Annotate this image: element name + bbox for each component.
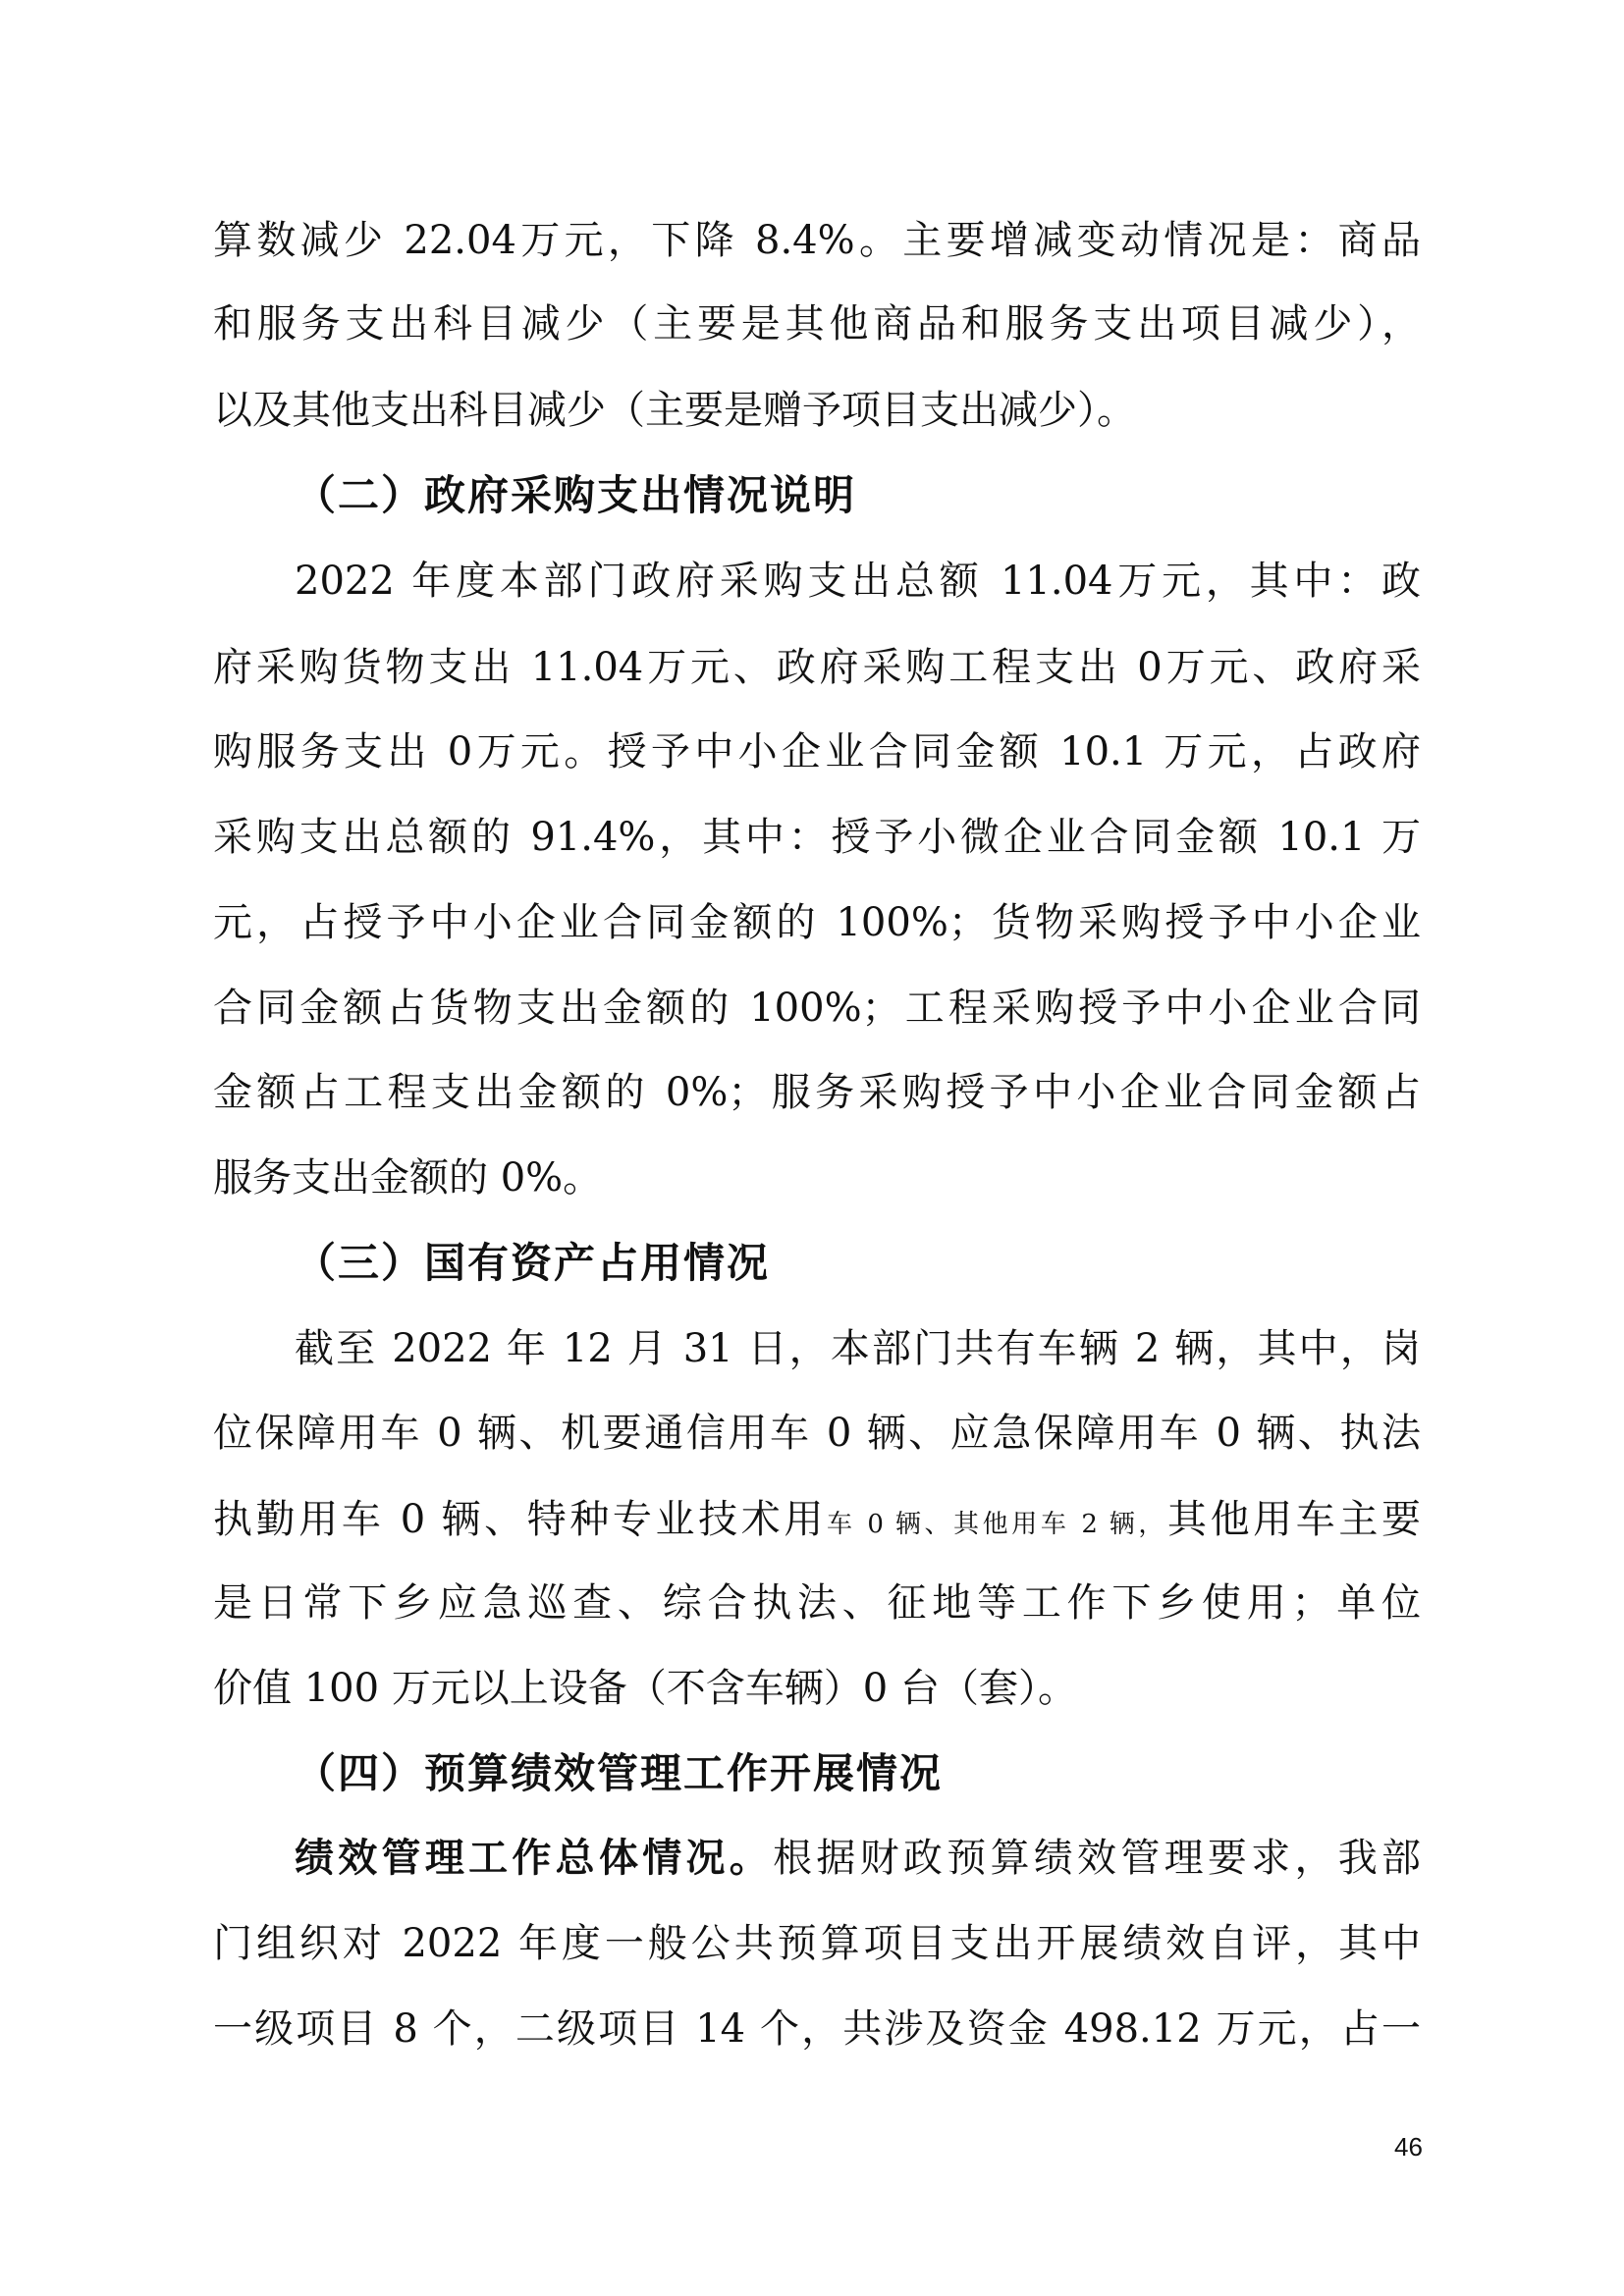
paragraph-line-mixed-size: 执勤用车 0 辆、特种专业技术用车 0 辆、其他用车 2 辆，其他用车主要	[213, 1490, 1421, 1549]
paragraph-line: 是日常下乡应急巡查、综合执法、征地等工作下乡使用；单位	[213, 1574, 1421, 1632]
paragraph-line: 府采购货物支出 11.04万元、政府采购工程支出 0万元、政府采	[213, 638, 1421, 697]
paragraph-line: 算数减少 22.04万元，下降 8.4%。主要增减变动情况是：商品	[213, 211, 1421, 270]
paragraph-line: 采购支出总额的 91.4%，其中：授予小微企业合同金额 10.1 万	[213, 808, 1421, 867]
page-number: 46	[1394, 2132, 1423, 2163]
paragraph-line: 一级项目 8 个，二级项目 14 个，共涉及资金 498.12 万元，占一	[213, 2000, 1421, 2058]
paragraph-line: 价值 100 万元以上设备（不含车辆）0 台（套）。	[213, 1659, 1421, 1718]
document-page: 算数减少 22.04万元，下降 8.4%。主要增减变动情况是：商品 和服务支出科…	[0, 0, 1624, 2296]
paragraph-line: 和服务支出科目减少（主要是其他商品和服务支出项目减少），	[213, 294, 1421, 353]
paragraph-line: 2022 年度本部门政府采购支出总额 11.04万元，其中：政	[295, 552, 1421, 611]
bold-lead-text: 绩效管理工作总体情况。	[295, 1836, 773, 1881]
paragraph-line: 服务支出金额的 0%。	[213, 1148, 1421, 1207]
line-text: 根据财政预算绩效管理要求，我部	[773, 1836, 1421, 1881]
section-heading-state-assets: （三）国有资产占用情况	[295, 1234, 770, 1293]
paragraph-line: 位保障用车 0 辆、机要通信用车 0 辆、应急保障用车 0 辆、执法	[213, 1404, 1421, 1463]
paragraph-line: 截至 2022 年 12 月 31 日，本部门共有车辆 2 辆，其中，岗	[295, 1319, 1421, 1378]
line-text-normal: 执勤用车 0 辆、特种专业技术用	[213, 1497, 827, 1542]
section-heading-performance: （四）预算绩效管理工作开展情况	[295, 1744, 943, 1803]
paragraph-line: 金额占工程支出金额的 0%；服务采购授予中小企业合同金额占	[213, 1063, 1421, 1122]
paragraph-line: 合同金额占货物支出金额的 100%；工程采购授予中小企业合同	[213, 979, 1421, 1038]
line-text-normal: 其他用车主要	[1167, 1497, 1421, 1542]
paragraph-line: 以及其他支出科目减少（主要是赠予项目支出减少）。	[213, 381, 1421, 440]
paragraph-line: 门组织对 2022 年度一般公共预算项目支出开展绩效自评，其中	[213, 1914, 1421, 1973]
paragraph-line: 购服务支出 0万元。授予中小企业合同金额 10.1 万元，占政府	[213, 722, 1421, 781]
section-heading-procurement: （二）政府采购支出情况说明	[295, 466, 856, 525]
paragraph-line: 绩效管理工作总体情况。根据财政预算绩效管理要求，我部	[295, 1829, 1421, 1888]
paragraph-line: 元，占授予中小企业合同金额的 100%；货物采购授予中小企业	[213, 893, 1421, 952]
line-text-small: 车 0 辆、其他用车 2 辆，	[827, 1510, 1167, 1539]
